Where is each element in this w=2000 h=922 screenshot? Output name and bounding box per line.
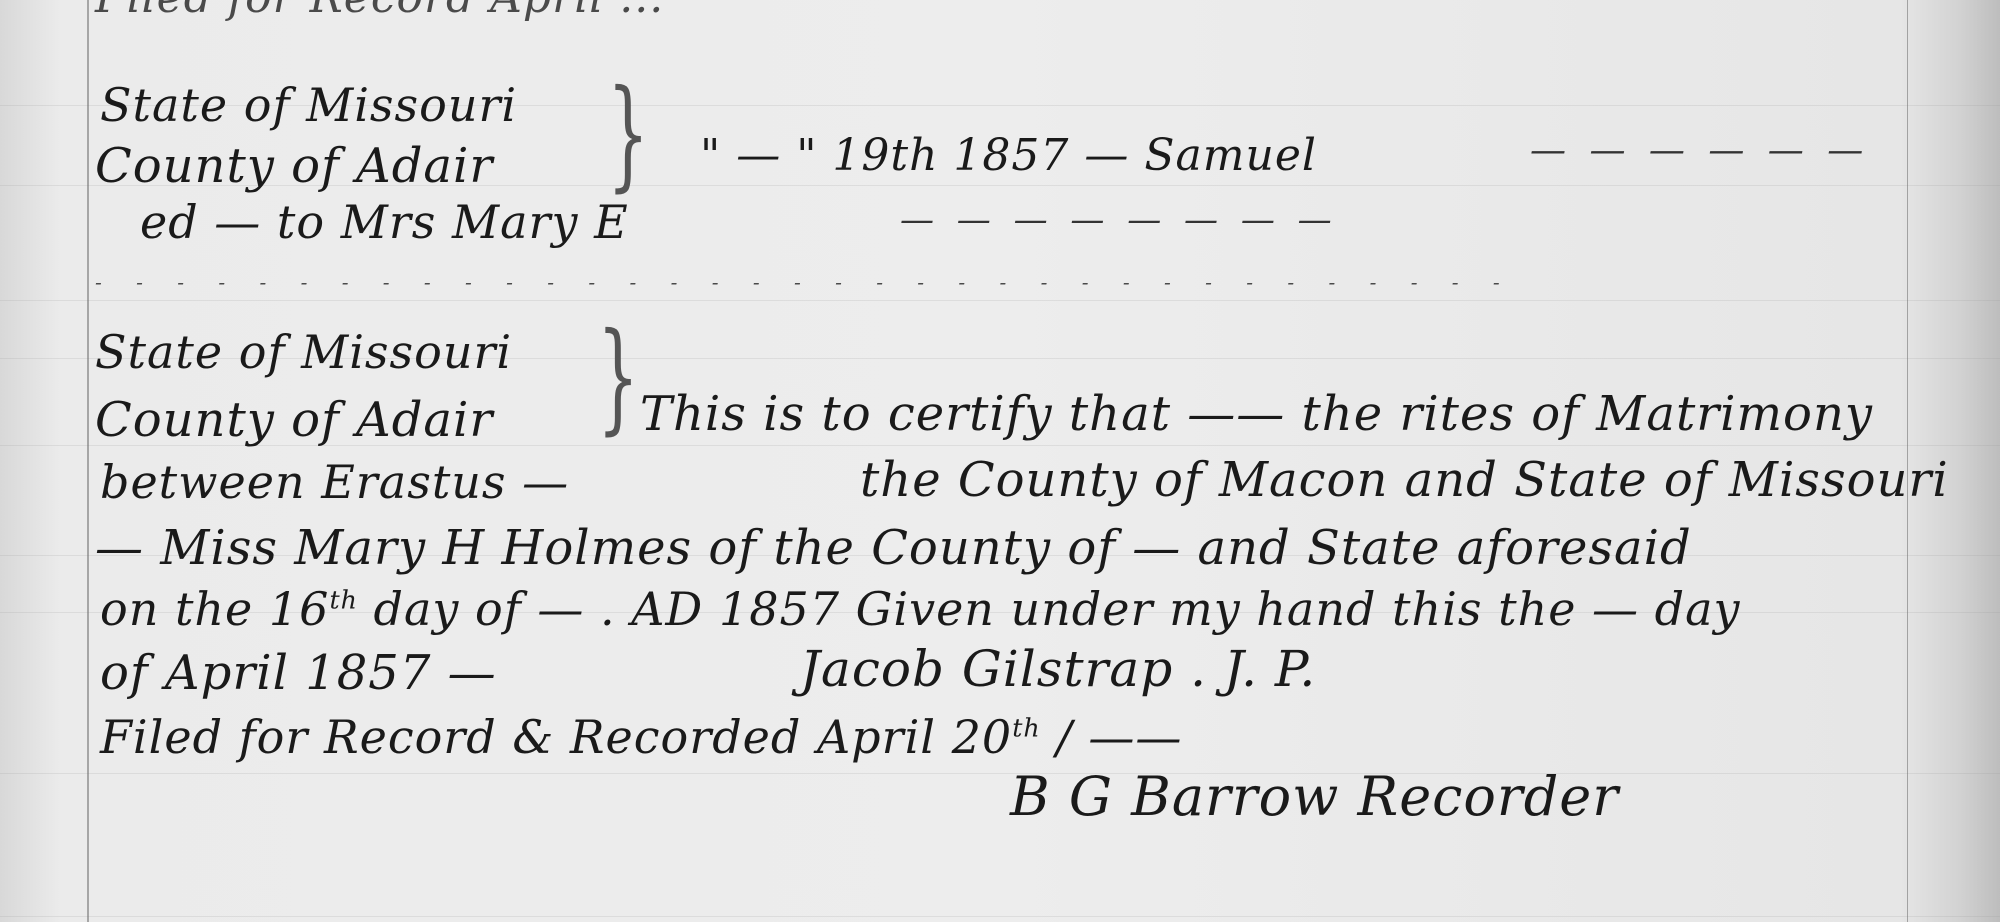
marriage-month-line: of April 1857 — [100,645,497,701]
bride-line: — Miss Mary H Holmes of the County of — … [95,520,1692,576]
record-1-line-1: " — " 19th 1857 — Samuel [700,130,1317,181]
bracket-brace-icon: } [597,318,639,438]
officiant-signature: Jacob Gilstrap . J. P. [800,640,1316,698]
ruled-line [0,300,2000,301]
certify-text: This is to certify that —— the rites of … [640,386,1873,442]
marriage-date-start: on the 16 [100,582,329,636]
left-margin-line [87,0,89,922]
ledger-page: Filed for Record April ... State of Miss… [0,0,2000,922]
groom-residence: the County of Macon and State of Missour… [860,452,1949,508]
record-2-state: State of Missouri [95,325,512,379]
filed-record-sup: th [1012,714,1040,743]
record-1-county: County of Adair [95,138,493,194]
recorder-signature: B G Barrow Recorder [1010,765,1619,828]
record-2-county: County of Adair [95,392,493,448]
record-1-line-2: ed — to Mrs Mary E [140,195,629,249]
marriage-date-line: on the 16th day of — . AD 1857 Given und… [100,582,1741,636]
record-1-line-2-dashes: — — — — — — — — [900,200,1338,240]
groom-line: between Erastus — [100,455,569,509]
record-1-line-1-dashes: — — — — — — [1530,130,1869,171]
ruled-line [0,916,2000,917]
filed-record-start: Filed for Record & Recorded April 20 [100,710,1012,764]
filed-record-end: / —— [1041,710,1183,764]
ruled-line [0,773,2000,774]
top-fragment-text: Filed for Record April ... [95,0,664,23]
record-1-state: State of Missouri [100,78,517,132]
record-1-dotted-line: - - - - - - - - - - - - - - - - - - - - … [95,270,1514,294]
marriage-date-end: day of — . AD 1857 Given under my hand t… [358,582,1741,636]
bracket-brace-icon: } [607,75,649,195]
marriage-date-sup: th [329,586,357,615]
filed-record-line: Filed for Record & Recorded April 20th /… [100,710,1182,764]
